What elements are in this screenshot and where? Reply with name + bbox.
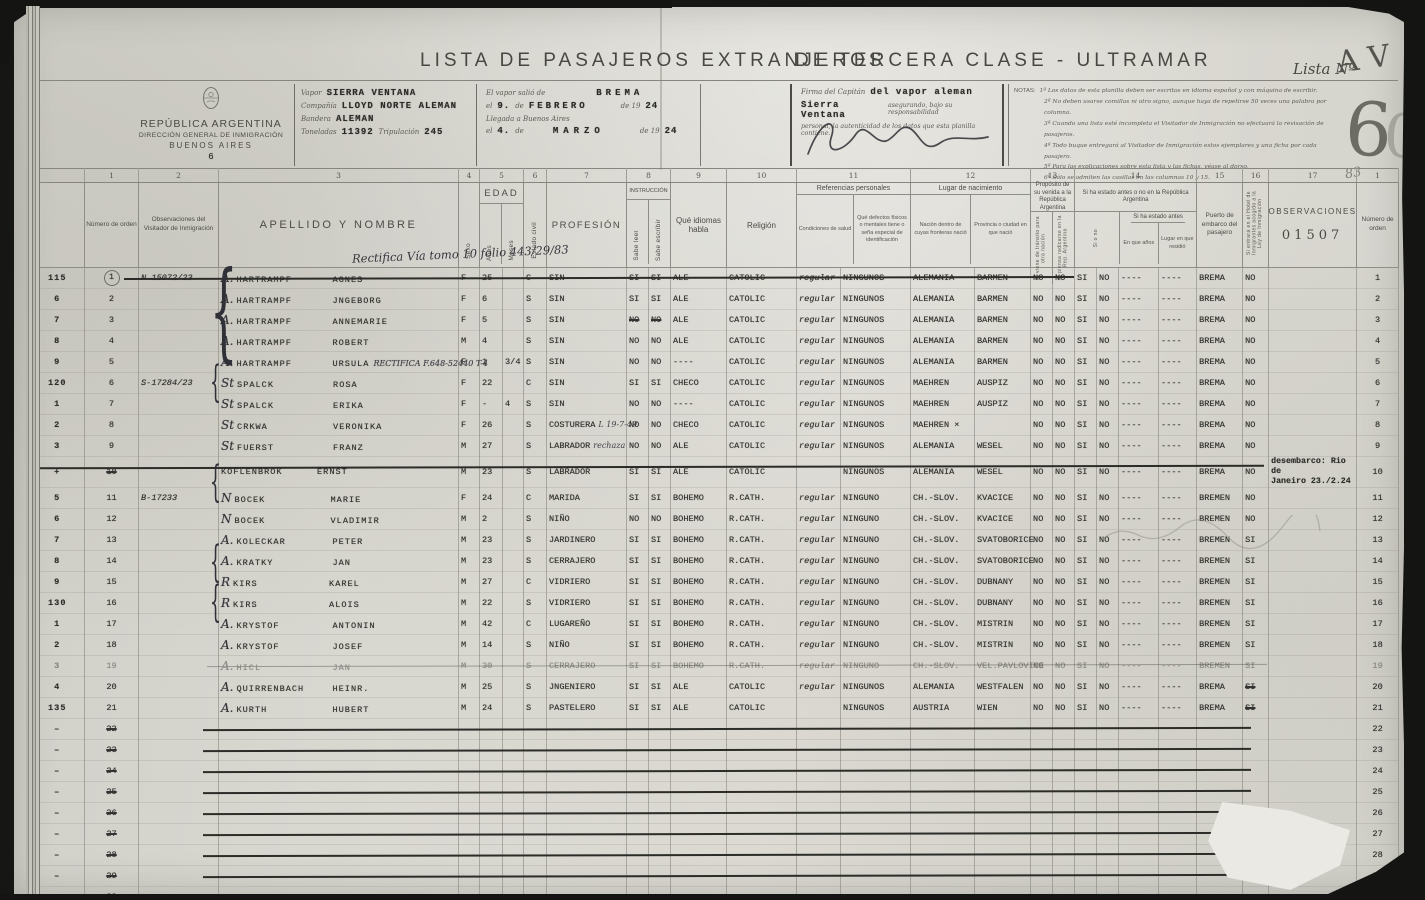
cell-o: 3 — [85, 310, 139, 331]
passenger-row: 73A.HARTRAMPFANNEMARIEF5SSINNONOALECATOL… — [31, 310, 1399, 331]
cell-re: R.CATH. — [727, 508, 797, 529]
cell-o: 12 — [85, 508, 139, 529]
cell-p1: NO — [1031, 697, 1053, 718]
cell-p1: NO — [1031, 352, 1053, 373]
cell-a: 6 — [480, 289, 503, 310]
cell-al: ---- — [1159, 436, 1197, 457]
cell-aa: ---- — [1119, 655, 1159, 676]
cell-le: NO — [627, 310, 649, 331]
cell-o: 27 — [85, 823, 139, 844]
cell-de: NINGUNO — [841, 508, 911, 529]
cell-o: 28 — [85, 844, 139, 865]
cell-es: NO — [649, 310, 671, 331]
cell-orR: 22 — [1357, 718, 1399, 739]
cell-re: CATOLIC — [727, 352, 797, 373]
cell-pv: WESEL — [975, 457, 1031, 488]
tripulacion-value: 245 — [424, 127, 443, 137]
cell-pr: MARIDA — [547, 487, 627, 508]
cell-pr: VIDRIERO — [547, 592, 627, 613]
idiomas-header: Qué idiomas habla — [671, 183, 727, 268]
cell-p2: NO — [1053, 634, 1075, 655]
compania-value: LLOYD NORTE ALEMAN — [342, 101, 457, 111]
cell-de: NINGUNO — [841, 613, 911, 634]
cell-es: NO — [649, 436, 671, 457]
cell-id: ---- — [671, 394, 727, 415]
cell-orR: 5 — [1357, 352, 1399, 373]
cell-orR: 8 — [1357, 415, 1399, 436]
org-page-number: 6 — [128, 152, 294, 162]
cell-name: A.HARTRAMPFROBERT — [219, 331, 459, 352]
cell-sal — [797, 697, 841, 718]
cell-o: 29 — [85, 865, 139, 886]
cell-name: A.HICLJAN — [219, 655, 459, 676]
cell-aa: ---- — [1119, 436, 1159, 457]
cell-es: SI — [649, 373, 671, 394]
cell-aa: ---- — [1119, 571, 1159, 592]
cell-obs — [139, 571, 219, 592]
cell-a: 27 — [480, 571, 503, 592]
passenger-row: –2323 — [31, 739, 1399, 760]
cell-orR: 21 — [1357, 697, 1399, 718]
cell-obs — [139, 529, 219, 550]
cell-re: CATOLIC — [727, 373, 797, 394]
cell-aa: ---- — [1119, 268, 1159, 289]
cell-ob — [1269, 373, 1357, 394]
cell-id: BOHEMO — [671, 529, 727, 550]
cell-aa: ---- — [1119, 310, 1159, 331]
divider-bar — [700, 84, 701, 166]
cell-pv: SVATOBORICE — [975, 550, 1031, 571]
cell-re: CATOLIC — [727, 331, 797, 352]
cell-al: ---- — [1159, 487, 1197, 508]
passenger-row: 84A.HARTRAMPFROBERTM4SSINNONOALECATOLICr… — [31, 331, 1399, 352]
cell-na: CH.-SLOV. — [911, 613, 975, 634]
cell-pu: BREMEN — [1197, 634, 1243, 655]
cell-re: CATOLIC — [727, 394, 797, 415]
cell-pu: BREMA — [1197, 310, 1243, 331]
cell-re: R.CATH. — [727, 550, 797, 571]
cell-p2: NO — [1053, 676, 1075, 697]
cell-o: 5 — [85, 352, 139, 373]
cell-sx: M — [459, 457, 480, 488]
cell-es: SI — [649, 550, 671, 571]
pencil-scribble — [1095, 515, 1325, 555]
cell-aa: ---- — [1119, 487, 1159, 508]
cell-pv: WIEN — [975, 697, 1031, 718]
cell-p2: NO — [1053, 613, 1075, 634]
cell-ob — [1269, 718, 1357, 739]
cell-id: BOHEMO — [671, 487, 727, 508]
cell-a: 27 — [480, 436, 503, 457]
cell-pv: KVACICE — [975, 487, 1031, 508]
cell-id: BOHEMO — [671, 508, 727, 529]
cell-p1: NO — [1031, 436, 1053, 457]
cell-sx: F — [459, 394, 480, 415]
org-department: DIRECCIÓN GENERAL DE INMIGRACIÓN — [128, 132, 294, 139]
cell-al: ---- — [1159, 394, 1197, 415]
cell-pr: SIN — [547, 310, 627, 331]
cell-pr: SIN — [547, 394, 627, 415]
cell-aa: ---- — [1119, 634, 1159, 655]
cell-a: 23 — [480, 529, 503, 550]
passenger-row: +10KOFLENBROKERNSTM23SLABRADORSISIALECAT… — [31, 457, 1399, 488]
cell-orR: 18 — [1357, 634, 1399, 655]
cell-le: SI — [627, 697, 649, 718]
cell-al: ---- — [1159, 310, 1197, 331]
cell-ob — [1269, 676, 1357, 697]
cell-o: 17 — [85, 613, 139, 634]
cell-p4: NO — [1097, 373, 1119, 394]
cell-name: StSPALCKERIKA — [219, 394, 459, 415]
estado-antes-header: Si ha estado antes o no en la República … — [1075, 183, 1197, 268]
cell-na: CH.-SLOV. — [911, 634, 975, 655]
cell-name: A.QUIRRENBACHHEINR. — [219, 676, 459, 697]
cell-sal: regular — [797, 613, 841, 634]
cell-aa: ---- — [1119, 592, 1159, 613]
cell-orR: 12 — [1357, 508, 1399, 529]
cell-aa: ---- — [1119, 289, 1159, 310]
cell-pr: LABRADORrechaza — [547, 436, 627, 457]
cell-ho: SI — [1243, 676, 1269, 697]
cell-p1: NO — [1031, 613, 1053, 634]
cell-ho: NO — [1243, 487, 1269, 508]
cell-es: SI — [649, 634, 671, 655]
captain-typed-1: del vapor aleman — [870, 87, 972, 97]
passenger-row: 13521A.KURTHHUBERTM24SPASTELEROSISIALECA… — [31, 697, 1399, 718]
cell-name: StFUERSTFRANZ — [219, 436, 459, 457]
arrival-day: 4. — [497, 126, 510, 136]
cell-aa: ---- — [1119, 331, 1159, 352]
cell-me — [503, 676, 524, 697]
cell-sal: regular — [797, 436, 841, 457]
orden-header: Número de orden — [85, 183, 139, 268]
cell-de: NINGUNOS — [841, 310, 911, 331]
cell-sx: M — [459, 676, 480, 697]
cell-p2: NO — [1053, 457, 1075, 488]
cell-p1: NO — [1031, 550, 1053, 571]
el-label: el — [486, 102, 492, 110]
cell-p3: SI — [1075, 550, 1097, 571]
cell-le: SI — [627, 655, 649, 676]
cell-id: CHECO — [671, 373, 727, 394]
cell-re: CATOLIC — [727, 310, 797, 331]
cell-name: A.HARTRAMPFANNEMARIE — [219, 310, 459, 331]
cell-es: SI — [649, 655, 671, 676]
cell-aa: ---- — [1119, 613, 1159, 634]
cell-me: 4 — [503, 394, 524, 415]
cell-me — [503, 415, 524, 436]
cell-p4: NO — [1097, 268, 1119, 289]
toneladas-value: 11392 — [342, 127, 374, 137]
cell-p1: NO — [1031, 415, 1053, 436]
cell-ho: NO — [1243, 331, 1269, 352]
cell-p4: NO — [1097, 352, 1119, 373]
proposito-header: Propósito de su venida a la República Ar… — [1031, 183, 1075, 268]
cell-pu: BREMA — [1197, 436, 1243, 457]
passenger-row: –2525 — [31, 781, 1399, 802]
cell-pr: JNGENIERO — [547, 676, 627, 697]
cell-ho: NO — [1243, 415, 1269, 436]
cell-p3: SI — [1075, 613, 1097, 634]
cell-name — [219, 865, 459, 886]
cell-p4: NO — [1097, 655, 1119, 676]
cell-me — [503, 613, 524, 634]
cell-de: NINGUNOS — [841, 457, 911, 488]
cell-orR: 24 — [1357, 760, 1399, 781]
cell-le: NO — [627, 415, 649, 436]
cell-p3: SI — [1075, 571, 1097, 592]
cell-ec: S — [524, 508, 547, 529]
cell-orR: 13 — [1357, 529, 1399, 550]
cell-pr: VIDRIERO — [547, 571, 627, 592]
cell-ob — [1269, 352, 1357, 373]
cell-pv: WESEL — [975, 436, 1031, 457]
cell-ec: S — [524, 394, 547, 415]
passenger-row: 117A.KRYSTOFANTONINM42CLUGAREÑOSISIBOHEM… — [31, 613, 1399, 634]
ship-info-box: VaporSIERRA VENTANA CompañíaLLOYD NORTE … — [294, 84, 477, 166]
cell-na: CH.-SLOV. — [911, 487, 975, 508]
cell-pu: BREMA — [1197, 373, 1243, 394]
cell-orR: 25 — [1357, 781, 1399, 802]
cell-ec: S — [524, 289, 547, 310]
cell-p2: NO — [1053, 289, 1075, 310]
cell-na: ALEMANIA — [911, 676, 975, 697]
cell-es: SI — [649, 457, 671, 488]
hotel-inmigrantes-header: Si entrará en el Hotel de Inmigrantes ac… — [1243, 183, 1269, 268]
cell-pu: BREMEN — [1197, 571, 1243, 592]
cell-al: ---- — [1159, 634, 1197, 655]
cell-es: SI — [649, 487, 671, 508]
page-stack-edge — [26, 6, 40, 894]
cell-a: 26 — [480, 415, 503, 436]
cell-me — [503, 550, 524, 571]
cell-orR: 23 — [1357, 739, 1399, 760]
cell-pr: CERRAJERO — [547, 550, 627, 571]
cell-name: StSPALCKROSA — [219, 373, 459, 394]
cell-ob — [1269, 697, 1357, 718]
cell-pr: CERRAJERO — [547, 655, 627, 676]
cell-ec: S — [524, 676, 547, 697]
cell-ob — [1269, 613, 1357, 634]
cell-name: NBOCEKMARIE — [219, 487, 459, 508]
cell-pr: LUGAREÑO — [547, 613, 627, 634]
cell-pr: SIN — [547, 331, 627, 352]
cell-o: 25 — [85, 781, 139, 802]
cell-pv — [975, 415, 1031, 436]
cell-na: AUSTRIA — [911, 697, 975, 718]
cell-pv: BARMEN — [975, 310, 1031, 331]
cell-al: ---- — [1159, 655, 1197, 676]
cell-p4: NO — [1097, 571, 1119, 592]
cell-name: A.KRYSTOFANTONIN — [219, 613, 459, 634]
cell-re: R.CATH. — [727, 613, 797, 634]
cell-al: ---- — [1159, 352, 1197, 373]
cell-me — [503, 655, 524, 676]
cell-p3: SI — [1075, 268, 1097, 289]
vapor-label: Vapor — [301, 89, 322, 97]
org-name: REPÚBLICA ARGENTINA — [128, 118, 294, 130]
cell-sx: M — [459, 613, 480, 634]
cell-p1: NO — [1031, 331, 1053, 352]
header-rule — [30, 80, 1398, 81]
cell-a: 22 — [480, 592, 503, 613]
cell-obs: B-17233 — [139, 487, 219, 508]
cell-ho: NO — [1243, 394, 1269, 415]
passenger-row: 17StSPALCKERIKAF-4SSINNONO----CATOLICreg… — [31, 394, 1399, 415]
cell-o: 13 — [85, 529, 139, 550]
cell-p2: NO — [1053, 655, 1075, 676]
cell-re: R.CATH. — [727, 655, 797, 676]
cell-ob — [1269, 739, 1357, 760]
cell-pv: MISTRIN — [975, 613, 1031, 634]
cell-p4: NO — [1097, 676, 1119, 697]
cell-obs — [139, 415, 219, 436]
cell-ob — [1269, 289, 1357, 310]
cell-me: 3/4 — [503, 352, 524, 373]
cell-p2: NO — [1053, 415, 1075, 436]
cell-p4: NO — [1097, 697, 1119, 718]
departure-month: FEBRERO — [529, 101, 588, 111]
cell-pu: BREMA — [1197, 289, 1243, 310]
org-city: BUENOS AIRES — [128, 141, 294, 150]
cell-de: NINGUNO — [841, 655, 911, 676]
cell-orR: 15 — [1357, 571, 1399, 592]
cell-sx: M — [459, 634, 480, 655]
cell-p3: SI — [1075, 529, 1097, 550]
cell-sx: F — [459, 289, 480, 310]
cell-p2: NO — [1053, 508, 1075, 529]
cell-o: 11 — [85, 487, 139, 508]
cell-o: 18 — [85, 634, 139, 655]
cell-es: NO — [649, 394, 671, 415]
cell-name: StCRKWAVERONIKA — [219, 415, 459, 436]
cell-a: 24 — [480, 487, 503, 508]
cell-le: NO — [627, 352, 649, 373]
arrival-year: 24 — [665, 126, 678, 136]
cell-pv: AUSPIZ — [975, 394, 1031, 415]
document-subtitle: DE TERCERA CLASE - ULTRAMAR — [795, 50, 1212, 72]
cell-sx: M — [459, 436, 480, 457]
cell-p4: NO — [1097, 394, 1119, 415]
cell-le: NO — [627, 394, 649, 415]
cell-p3: SI — [1075, 352, 1097, 373]
cell-name: A.HARTRAMPFURSULARECTIFICA F.648-52440 T… — [219, 352, 459, 373]
cell-sal: regular — [797, 634, 841, 655]
cell-p4: NO — [1097, 436, 1119, 457]
cell-ob — [1269, 436, 1357, 457]
cell-pv: MISTRIN — [975, 634, 1031, 655]
cell-aa: ---- — [1119, 394, 1159, 415]
cell-sal: regular — [797, 571, 841, 592]
passenger-row: 218A.KRYSTOFJOSEFM14SNIÑOSISIBOHEMOR.CAT… — [31, 634, 1399, 655]
cell-me — [503, 697, 524, 718]
cell-ho: NO — [1243, 436, 1269, 457]
cell-ec: S — [524, 457, 547, 488]
cell-ho: NO — [1243, 268, 1269, 289]
cell-pv: BARMEN — [975, 352, 1031, 373]
cell-o: 2 — [85, 289, 139, 310]
cell-sal: regular — [797, 550, 841, 571]
cell-es: SI — [649, 289, 671, 310]
cell-sx: F — [459, 310, 480, 331]
cell-id: CHECO — [671, 415, 727, 436]
cell-al: ---- — [1159, 268, 1197, 289]
year-pre-label: de 19 — [621, 102, 641, 110]
passenger-row: –2626 — [31, 802, 1399, 823]
cell-p1: NO — [1031, 373, 1053, 394]
cell-p1: NO — [1031, 508, 1053, 529]
cell-name — [219, 844, 459, 865]
cell-sal: regular — [797, 310, 841, 331]
cell-p3: SI — [1075, 373, 1097, 394]
cell-le: NO — [627, 508, 649, 529]
coat-of-arms-icon — [202, 86, 220, 110]
cell-re: CATOLIC — [727, 436, 797, 457]
religion-header: Religión — [727, 183, 797, 268]
cell-al: ---- — [1159, 289, 1197, 310]
passenger-row: 511B-17233NBOCEKMARIEF24CMARIDASISIBOHEM… — [31, 487, 1399, 508]
cell-name — [219, 739, 459, 760]
passenger-row: –2424 — [31, 760, 1399, 781]
cell-o: 16 — [85, 592, 139, 613]
cell-orR: 16 — [1357, 592, 1399, 613]
departure-port: BREMA — [596, 88, 643, 98]
cell-ob — [1269, 415, 1357, 436]
cell-p1: NO — [1031, 676, 1053, 697]
departure-day: 9. — [497, 101, 510, 111]
cell-sal: regular — [797, 289, 841, 310]
cell-ho: NO — [1243, 457, 1269, 488]
cell-a: 2 — [480, 508, 503, 529]
cell-id: ALE — [671, 676, 727, 697]
passenger-row: 1151N 15072/23A.HARTRAMPFAGNESF25CSINSIS… — [31, 268, 1399, 289]
cell-ec: S — [524, 529, 547, 550]
cell-obs — [139, 352, 219, 373]
cell-pr: PASTELERO — [547, 697, 627, 718]
cell-pu: BREMA — [1197, 331, 1243, 352]
captain-signature — [800, 112, 995, 164]
cell-al: ---- — [1159, 613, 1197, 634]
cell-re: R.CATH. — [727, 592, 797, 613]
cell-a: 14 — [480, 634, 503, 655]
cell-pr: SIN — [547, 352, 627, 373]
cell-obs: S-17284/23 — [139, 373, 219, 394]
cell-es: SI — [649, 529, 671, 550]
cell-es: SI — [649, 592, 671, 613]
departure-year: 24 — [645, 101, 658, 111]
passenger-row: –2727 — [31, 823, 1399, 844]
cell-aa: ---- — [1119, 697, 1159, 718]
cell-obs — [139, 613, 219, 634]
cell-p3: SI — [1075, 655, 1097, 676]
cell-ec: S — [524, 331, 547, 352]
cell-obs — [139, 676, 219, 697]
cell-id: ALE — [671, 457, 727, 488]
cell-na: CH.-SLOV. — [911, 592, 975, 613]
cell-sal: regular — [797, 373, 841, 394]
scanned-passenger-list: LISTA DE PASAJEROS EXTRANJEROS DE TERCER… — [0, 0, 1425, 900]
voyage-info-box: El vapor salió deBREMA el9.deFEBREROde 1… — [480, 84, 698, 166]
cell-na: CH.-SLOV. — [911, 508, 975, 529]
referencias-header: Referencias personalesCondiciones de sal… — [797, 183, 911, 268]
cell-id: ALE — [671, 331, 727, 352]
cell-name — [219, 760, 459, 781]
cell-me — [503, 373, 524, 394]
cell-p3: SI — [1075, 487, 1097, 508]
cell-al: ---- — [1159, 331, 1197, 352]
lugar-nacimiento-header: Lugar de nacimientoNación dentro de cuya… — [911, 183, 1031, 268]
cell-ho: SI — [1243, 592, 1269, 613]
